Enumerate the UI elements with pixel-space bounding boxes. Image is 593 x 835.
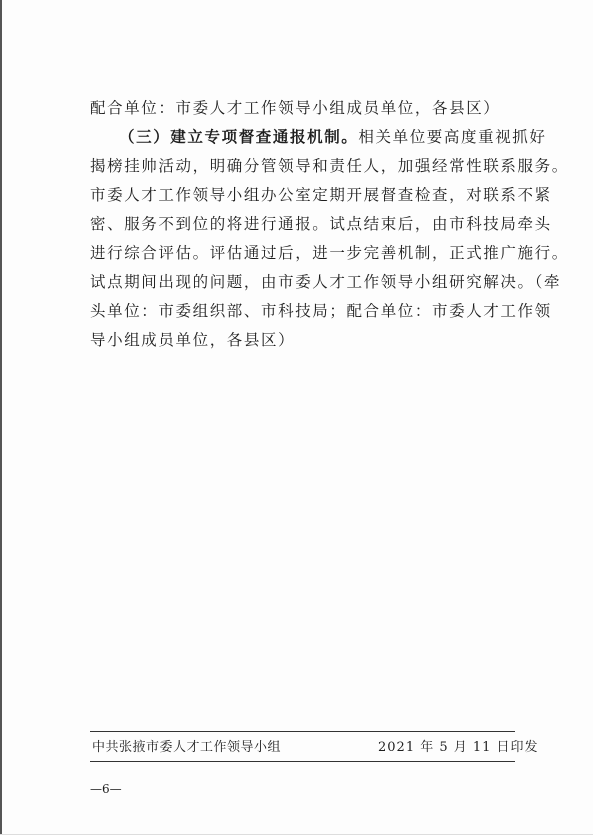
page-number: —6—: [90, 782, 122, 796]
footer-issue-date: 2021 年 5 月 11 日印发: [378, 736, 539, 755]
body-line: 市委人才工作领导小组办公室定期开展督查检查，对联系不紧: [90, 185, 510, 205]
body-line: 导小组成员单位，各县区）: [90, 330, 510, 350]
body-line: 配合单位：市委人才工作领导小组成员单位，各县区）: [90, 98, 510, 118]
body-line: 密、服务不到位的将进行通报。试点结束后，由市科技局牵头: [90, 214, 510, 234]
page-border-left: [0, 0, 2, 835]
section-heading: （三）建立专项督查通报机制。: [119, 127, 358, 146]
body-line: 头单位：市委组织部、市科技局；配合单位：市委人才工作领: [90, 301, 510, 321]
body-line: 进行综合评估。评估通过后，进一步完善机制，正式推广施行。: [90, 243, 510, 263]
body-line: 揭榜挂帅活动，明确分管领导和责任人，加强经常性联系服务。: [90, 156, 510, 176]
section-lead-text: 相关单位要高度重视抓好: [358, 128, 546, 146]
footer-top-rule: [90, 731, 515, 732]
footer-issuer: 中共张掖市委人才工作领导小组: [92, 736, 281, 755]
body-line: 试点期间出现的问题，由市委人才工作领导小组研究解决。（牵: [90, 272, 510, 292]
footer-bottom-rule: [90, 761, 515, 762]
section-paragraph-start: （三）建立专项督查通报机制。相关单位要高度重视抓好: [119, 127, 539, 147]
